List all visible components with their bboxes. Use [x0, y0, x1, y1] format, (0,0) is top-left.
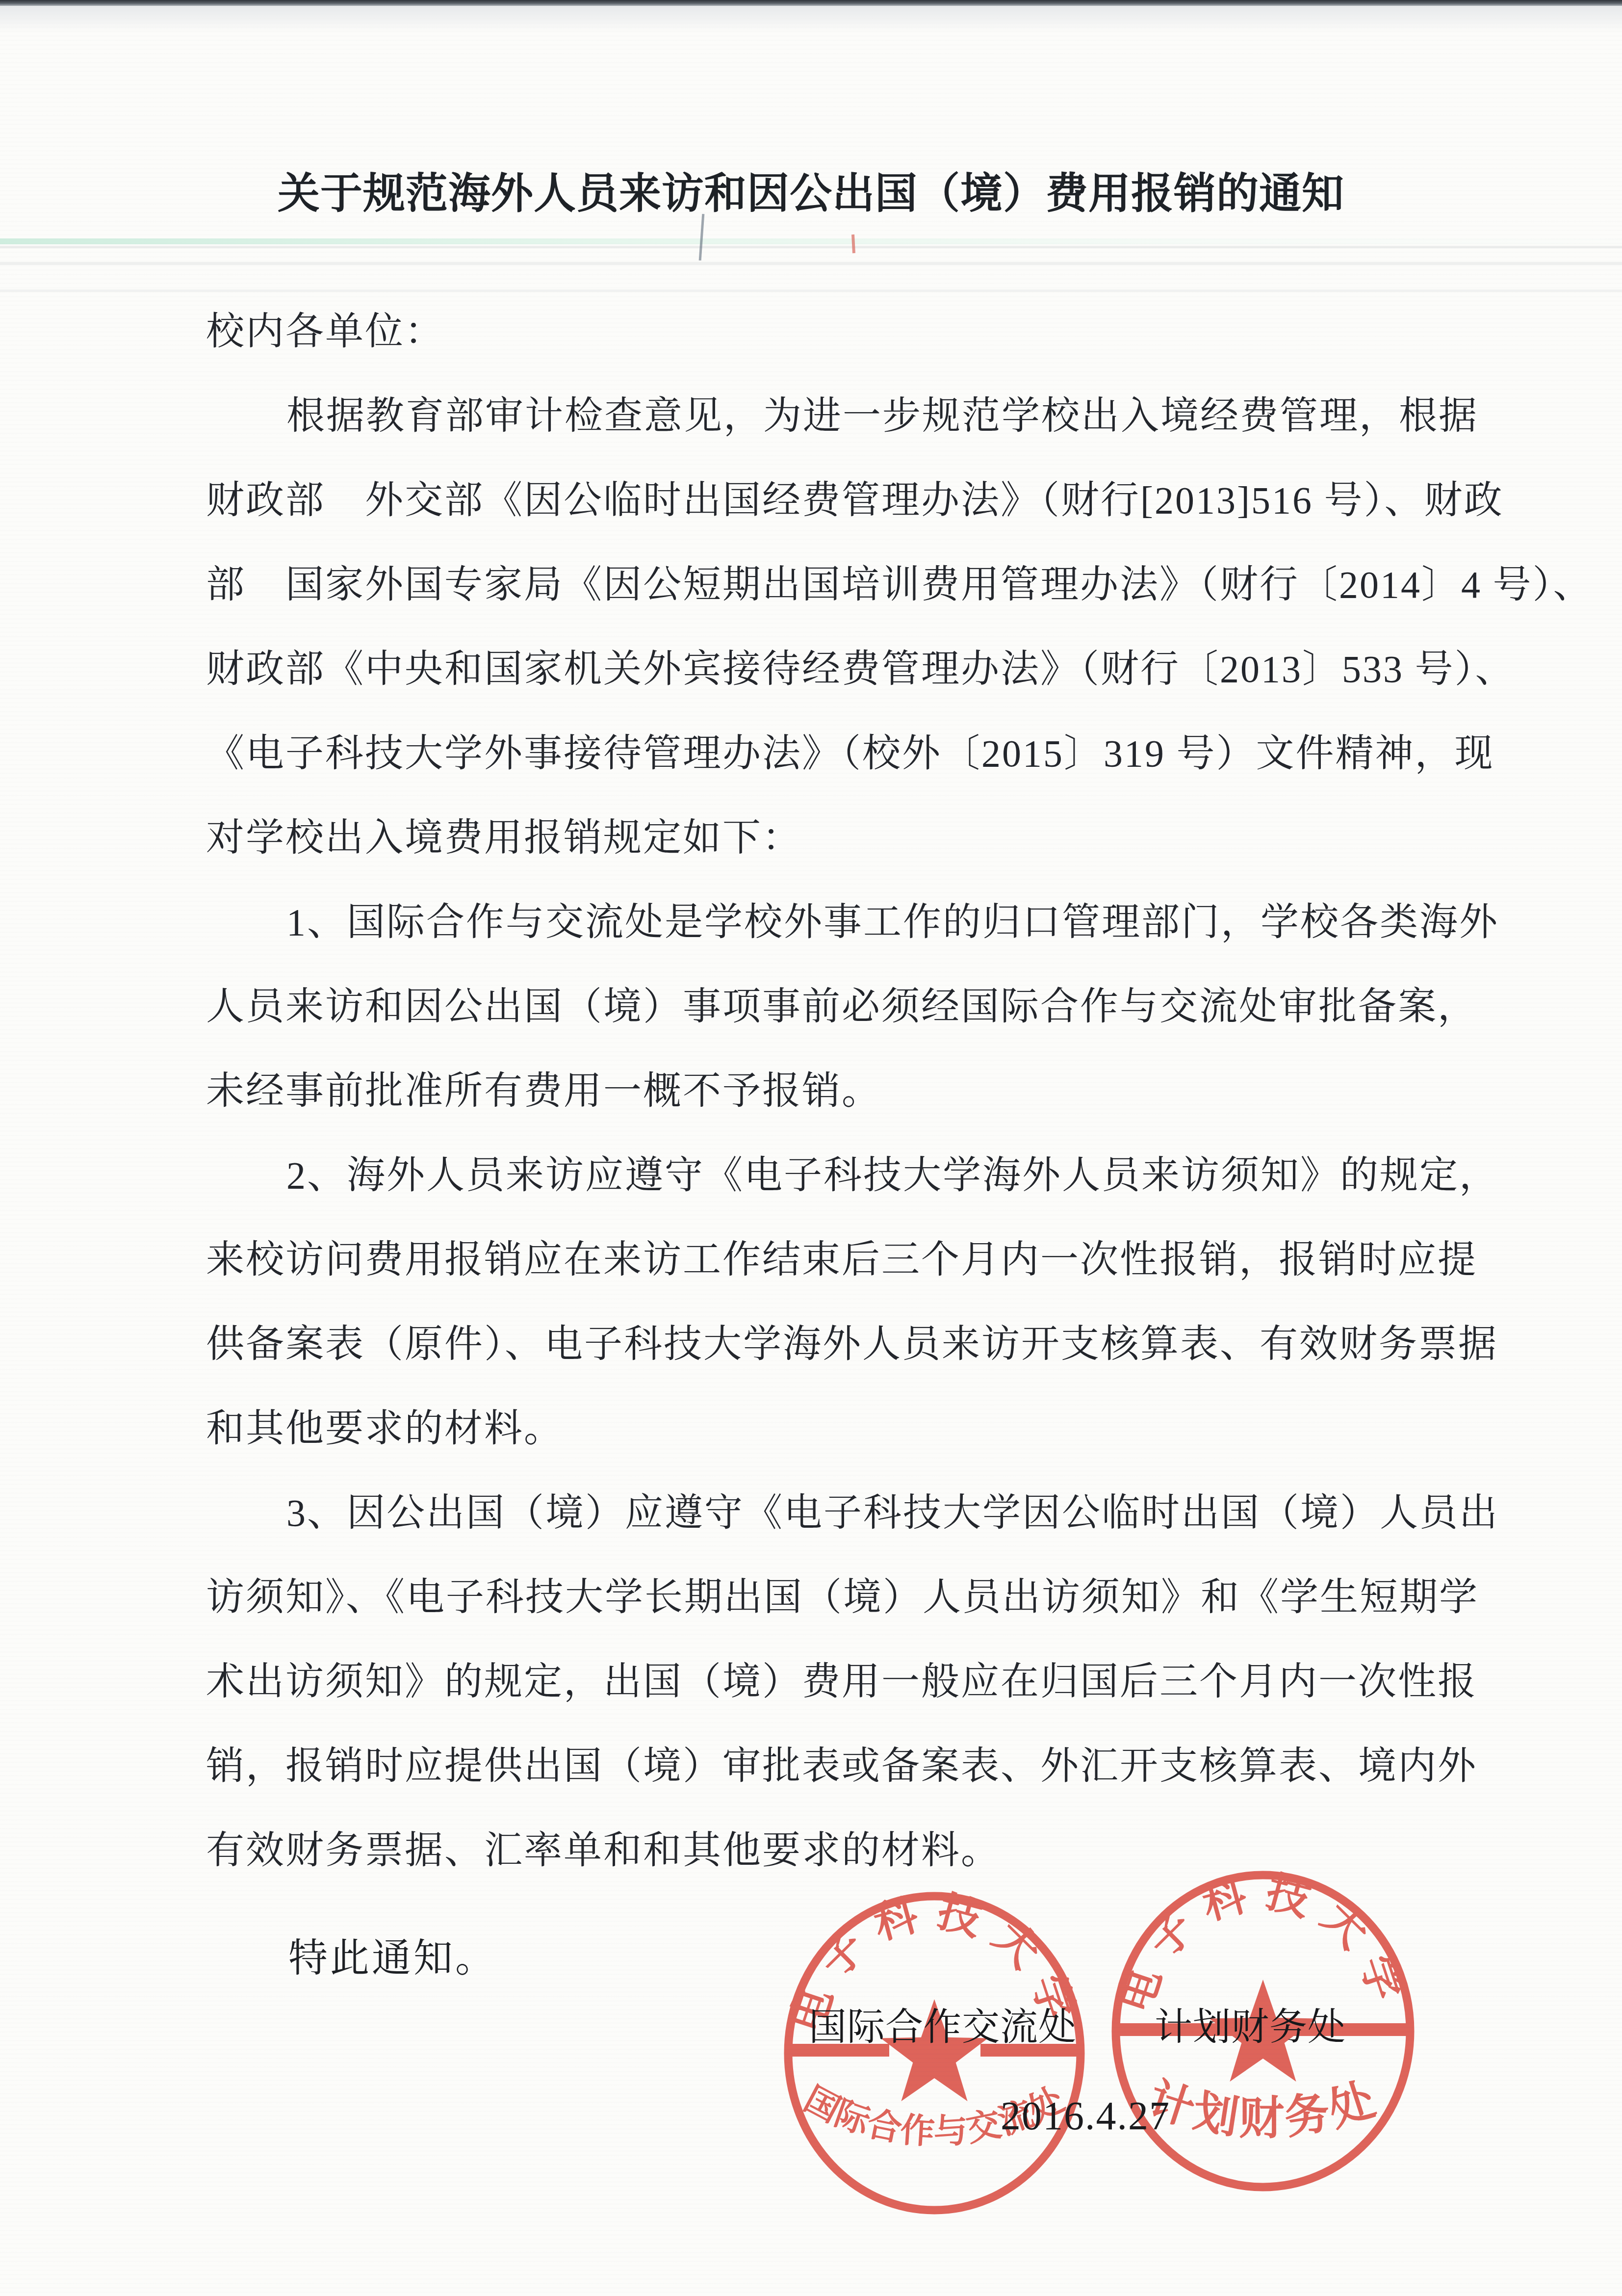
- body-line: 部 国家外国专家局《因公短期出国培训费用管理办法》（财行〔2014〕4 号）、: [206, 543, 1481, 627]
- closing-line: 特此通知。: [288, 1939, 497, 1978]
- signature-department-left: 国际合作交流处: [809, 2009, 1077, 2046]
- body-line: 3、因公出国（境）应遵守《电子科技大学因公临时出国（境）人员出: [206, 1471, 1481, 1555]
- scan-artifact-streak: [0, 262, 1622, 265]
- body-line: 对学校出入境费用报销规定如下：: [206, 796, 1481, 880]
- scan-artifact-streak: [0, 246, 1622, 248]
- body-line: 1、国际合作与交流处是学校外事工作的归口管理部门，学校各类海外: [206, 880, 1481, 965]
- scan-artifact-streak: [0, 238, 1622, 244]
- body-line: 销，报销时应提供出国（境）审批表或备案表、外汇开支核算表、境内外: [206, 1724, 1481, 1808]
- scanned-notice-page: 关于规范海外人员来访和因公出国（境）费用报销的通知 校内各单位： 根据教育部审计…: [0, 0, 1622, 2296]
- salutation: 校内各单位：: [206, 289, 1481, 374]
- body-line: 财政部 外交部《因公临时出国经费管理办法》（财行[2013]516 号）、财政: [206, 458, 1481, 543]
- body-line: 2、海外人员来访应遵守《电子科技大学海外人员来访须知》的规定，: [206, 1133, 1481, 1218]
- notice-title: 关于规范海外人员来访和因公出国（境）费用报销的通知: [0, 173, 1622, 215]
- notice-body: 校内各单位： 根据教育部审计检查意见，为进一步规范学校出入境经费管理，根据 财政…: [206, 289, 1481, 1893]
- signature-date: 2016.4.27: [1001, 2096, 1170, 2136]
- body-line: 供备案表（原件）、电子科技大学海外人员来访开支核算表、有效财务票据: [206, 1302, 1481, 1386]
- body-line: 来校访问费用报销应在来访工作结束后三个月内一次性报销，报销时应提: [206, 1218, 1481, 1302]
- body-line: 和其他要求的材料。: [206, 1386, 1481, 1471]
- body-line: 根据教育部审计检查意见，为进一步规范学校出入境经费管理，根据: [206, 374, 1481, 458]
- body-line: 未经事前批准所有费用一概不予报销。: [206, 1049, 1481, 1133]
- body-line: 术出访须知》的规定，出国（境）费用一般应在归国后三个月内一次性报: [206, 1640, 1481, 1724]
- body-line: 访须知》、《电子科技大学长期出国（境）人员出访须知》和《学生短期学: [206, 1555, 1481, 1640]
- body-line: 财政部《中央和国家机关外宾接待经费管理办法》（财行〔2013〕533 号）、: [206, 627, 1481, 711]
- signature-department-right: 计划财务处: [1155, 2009, 1346, 2046]
- scan-artifact-scratch: [699, 214, 705, 261]
- seal-department-arc-text: 计划财务处: [1142, 2073, 1383, 2143]
- scan-artifact-red-mark: [851, 235, 855, 253]
- seal-international-office: 电子科技大学 国际合作与交流处: [772, 1879, 1096, 2222]
- body-line: 人员来访和因公出国（境）事项事前必须经国际合作与交流处审批备案，: [206, 965, 1481, 1049]
- scan-artifact-top-fade: [0, 6, 1622, 33]
- body-line: 《电子科技大学外事接待管理办法》（校外〔2015〕319 号）文件精神，现: [206, 711, 1481, 796]
- scan-artifact-top-edge: [0, 0, 1622, 6]
- seal-department-name: 计划财务处: [1142, 2073, 1383, 2143]
